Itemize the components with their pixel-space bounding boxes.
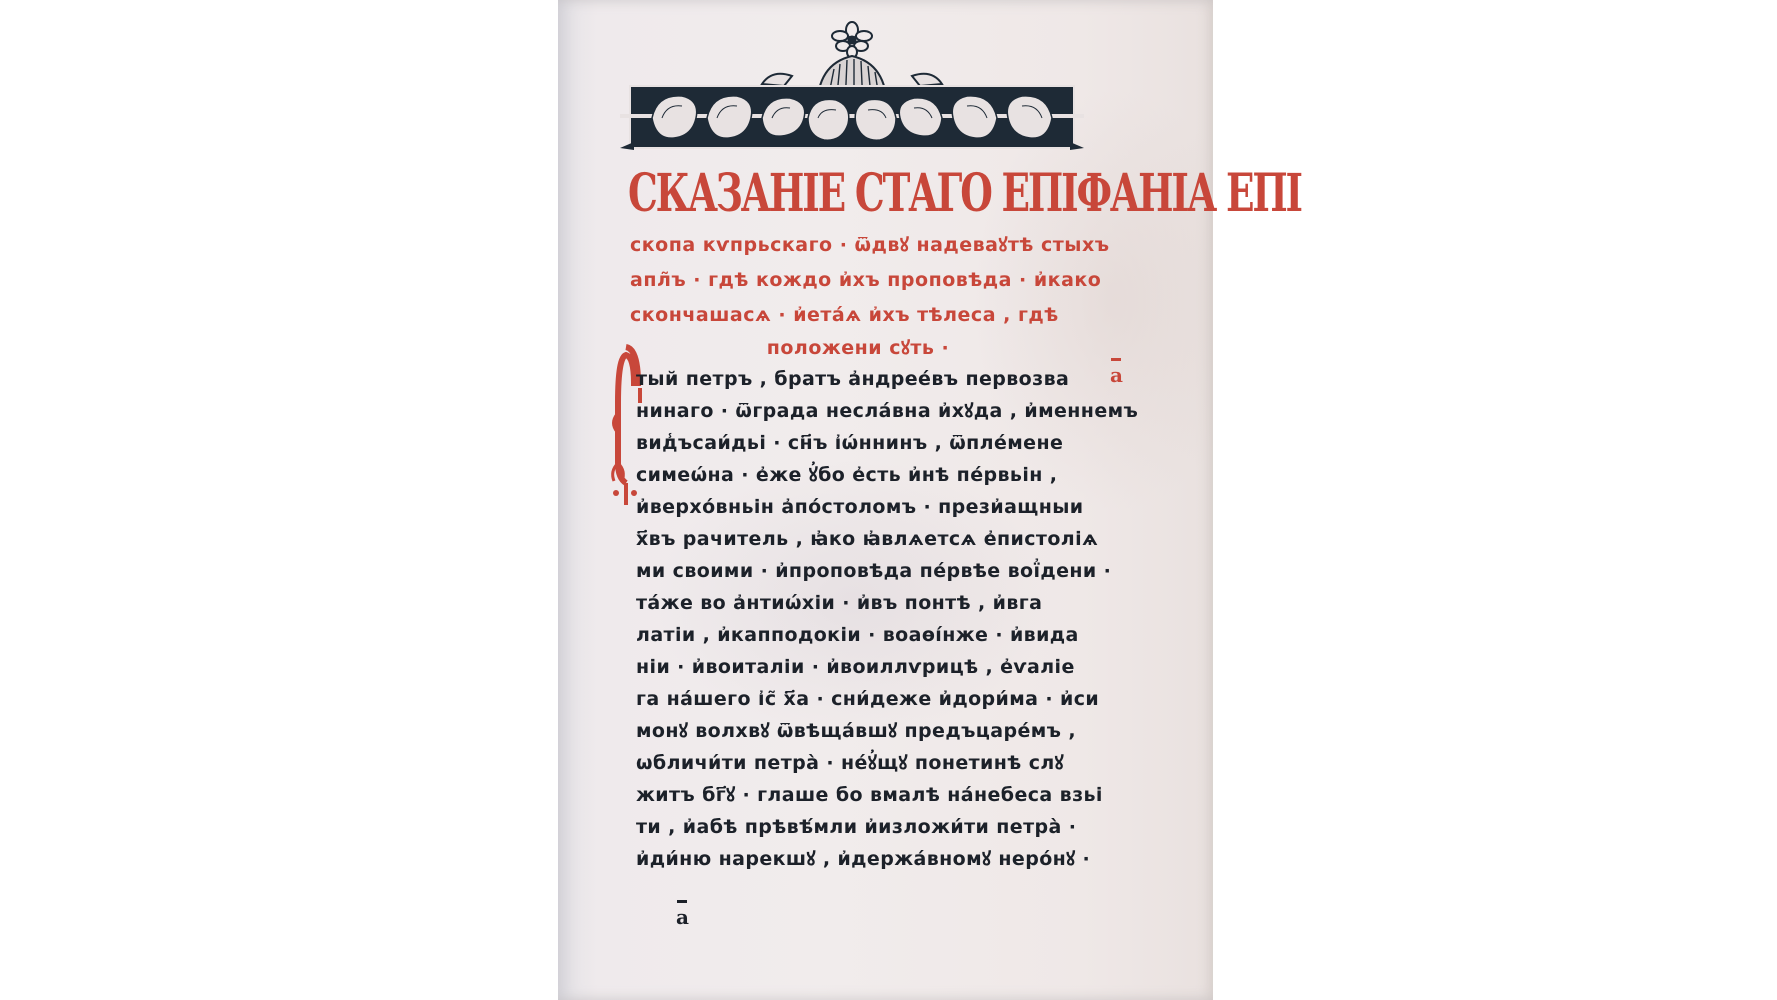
text-line: ти , и҆абѣ прѣвѣ́мли и҆изложи́ти петра̀ … (636, 815, 1096, 839)
text-line: нинаго · ѿграда несла́вна и҆хꙋда , и҆мен… (636, 399, 1096, 423)
text-line: ми своими · и҆проповѣда пе́рвѣе вої҆дени… (636, 559, 1096, 583)
manuscript-page: СКАЗАНІЕ СТАГО ЕПІФАНІА ЕПІ скопа кѵпрьс… (558, 0, 1213, 1000)
text-line: х҃въ рачитель , ꙗ҆ко ꙗ҆влѧетсѧ е҆пистолі… (636, 527, 1096, 551)
rubric-line: положени сꙋть · (638, 336, 1078, 360)
text-line: вид̾ъсаи́дьі · сн҃ъ і҆ѡ́ннинъ , ѿпле́мен… (636, 431, 1096, 455)
rubric-line: апл̃ъ · гдѣ кождо и҆хъ проповѣда · и҆как… (630, 268, 1090, 292)
ornamental-woodcut-headpiece-icon (612, 14, 1092, 154)
titlo-mark-icon (1111, 358, 1121, 361)
rubric-line: скончашасѧ · и҆ета́ѧ и҆хъ тѣлеса , гдѣ (630, 303, 1090, 327)
page-title-rubric: СКАЗАНІЕ СТАГО ЕПІФАНІА ЕПІ (628, 158, 956, 230)
text-line: и҆ди́ню нарекшꙋ , и҆держа́вномꙋ неро́нꙋ … (636, 847, 1096, 871)
text-line: та́же во а҆нтиѡ́хіи · и҆въ понтѣ , и҆вга (636, 591, 1096, 615)
text-line: га на́шего і҆с̃ х҃а · сни́деже и҆дори́ма… (636, 687, 1096, 711)
text-line: житъ бг҃ꙋ · глаше бо вмалѣ на́небеса взь… (636, 783, 1096, 807)
margin-folio-mark: а (1110, 358, 1123, 387)
text-line: ніи · и҆воиталіи · и҆воиллѵрицѣ , е҆ѵалі… (636, 655, 1096, 679)
text-line: латіи , и҆капподокіи · воаѳі́нже · и҆вид… (636, 623, 1096, 647)
text-line: ѡбличи́ти петра̀ · не́ꙋ҆щꙋ понетинѣ слꙋ (636, 751, 1096, 775)
titlo-mark-icon (677, 900, 687, 903)
text-line: и҆верхо́вньін а҆по́столомъ · прези҆ащныи (636, 495, 1096, 519)
text-line: симеѡ́на · е҆же ꙋ҆бо е҆сть и҆нѣ пе́рвьін… (636, 463, 1096, 487)
bottom-signature-mark: а (676, 900, 689, 929)
text-line: тый петръ , братъ а҆ндрее́въ первозва (636, 367, 1096, 391)
rubric-line: скопа кѵпрьскаго · ѿдвꙋ надеваꙋтѣ стыхъ (630, 233, 1090, 257)
text-line: монꙋ волхвꙋ ѿвѣща́вшꙋ предъцаре́мъ , (636, 719, 1096, 743)
